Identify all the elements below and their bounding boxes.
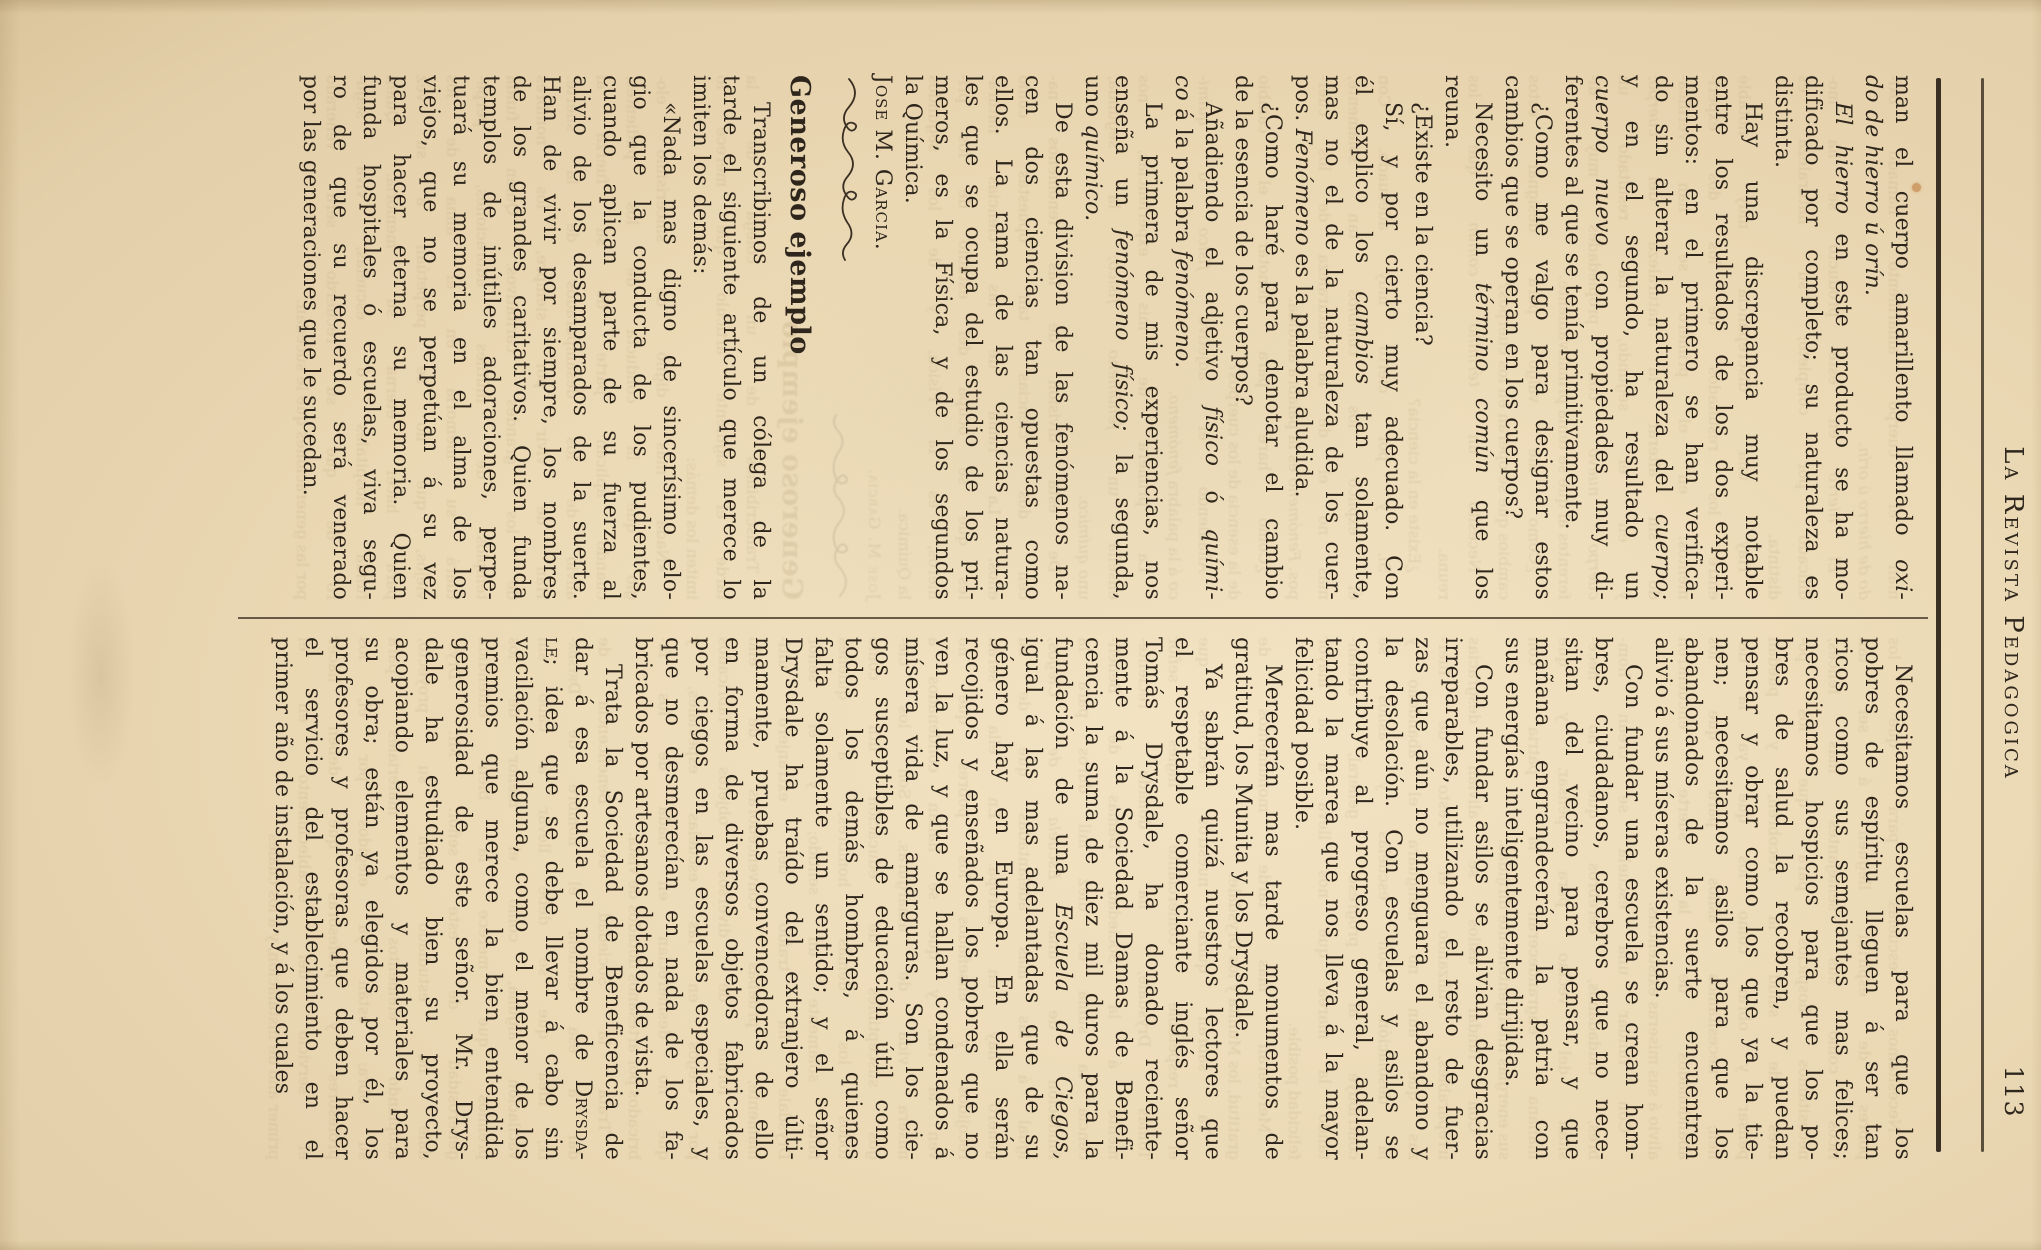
text-line: dificado por completo; su naturaleza es	[1797, 75, 1827, 600]
text-line: generosidad de este señor. Mr. Drys-	[447, 637, 477, 1160]
page-number: 113	[1993, 1066, 2033, 1118]
text-line: do sin alterar la naturaleza del cuerpo;	[1647, 75, 1677, 600]
text-line: mas no el de la naturaleza de los cuer-	[1317, 75, 1347, 600]
flourish-ornament	[831, 75, 867, 600]
text-line: Hay una discrepancia muy notable	[1737, 75, 1767, 600]
text-line: mísera vida de amarguras. Son los cie-	[897, 637, 927, 1160]
text-line: bricados por artesanos dotados de vista.	[627, 637, 657, 1160]
text-line: por ciegos en las escuelas especiales, y	[687, 637, 717, 1160]
text-line: Necesito un término común que los	[1467, 75, 1497, 600]
text-line: él explico los cambios tan solamente,	[1347, 75, 1377, 600]
text-line: entre los resultados de los dos experi-	[1707, 75, 1737, 600]
text-line: meros, es la Física, y de los segundos	[927, 75, 957, 600]
text-line: sus energías inteligentemente dirijidas.	[1497, 637, 1527, 1160]
text-line: ¿Existe en la ciencia?	[1407, 75, 1437, 600]
text-line: de los grandes caritativos. Quien funda	[505, 75, 535, 600]
text-line: falta solamente un sentido; y el señor	[807, 637, 837, 1160]
text-line: gos susceptibles de educación útil como	[867, 637, 897, 1160]
text-line: ¿Como me valgo para designar estos	[1527, 75, 1557, 600]
text-line: La primera de mis experiencias, nos	[1137, 75, 1167, 600]
text-line: la desolación. Con escuelas y asilos se	[1377, 637, 1407, 1160]
text-line: cambios que se operan en los cuerpos?	[1497, 75, 1527, 600]
text-line: pobres de espíritu lleguen á ser tan	[1857, 637, 1887, 1160]
text-line: premios que merece la bien entendida	[477, 637, 507, 1160]
text-line: bres, ciudadanos, cerebros que no nece-	[1587, 637, 1617, 1160]
text-line: Sí, y por cierto muy adecuado. Con	[1377, 75, 1407, 600]
text-line: irreparables, utilizando el resto de fue…	[1437, 637, 1467, 1160]
scanned-page-canvas: man el cuerpo amarillento llamado oxi-do…	[0, 0, 2041, 1250]
text-line: enseña un fenómeno físico; la segunda,	[1107, 75, 1137, 600]
text-line: cuando aplican parte de su fuerza al	[595, 75, 625, 600]
text-line: tando la marea que nos lleva á la mayor	[1317, 637, 1347, 1160]
text-line: El hierro en este producto se ha mo-	[1827, 75, 1857, 600]
text-line: Trata la Sociedad de Beneficencia de	[597, 637, 627, 1160]
text-line: co á la palabra fenómeno.	[1167, 75, 1197, 600]
text-line: zas que aún no menguara el abandono y	[1407, 637, 1437, 1160]
text-line: todos los demás hombres, á quienes	[837, 637, 867, 1160]
text-line: mañana engrandecerán la patria con	[1527, 637, 1557, 1160]
column-divider-rule	[238, 617, 1928, 619]
text-line: tuará su memoria en el alma de los	[445, 75, 475, 600]
header-rule-thick	[1936, 78, 1941, 1152]
text-line: uno químico.	[1077, 75, 1107, 600]
text-line: les que se ocupa del estudio de los pri-	[957, 75, 987, 600]
text-line: De esta division de las fenómenos na-	[1047, 75, 1077, 600]
text-line: viejos, que no se perpetúan á su vez	[415, 75, 445, 600]
text-line: por las generaciones que le sucedan.	[295, 75, 325, 600]
column-left: man el cuerpo amarillento llamado oxi-do…	[295, 75, 1917, 600]
text-line: para hacer eterna su memoria. Quien	[385, 75, 415, 600]
text-line: le; idea que se debe llevar á cabo sin	[537, 637, 567, 1160]
text-line: fundación de una Escuela de Ciegos,	[1047, 637, 1077, 1160]
text-line: imiten los demás:	[685, 75, 715, 600]
text-line: mentos: en el primero se han verifica-	[1677, 75, 1707, 600]
text-line: que no desmerecían en nada de los fa-	[657, 637, 687, 1160]
text-line: cen dos ciencias tan opuestas como	[1017, 75, 1047, 600]
text-line: Añadiendo el adjetivo físico ó quími-	[1197, 75, 1227, 600]
text-line: y en el segundo, ha resultado un	[1617, 75, 1647, 600]
header-rule-thin	[1981, 78, 1984, 1152]
text-line: man el cuerpo amarillento llamado oxi-	[1887, 75, 1917, 600]
page-header: La Revista Pedagogica 113	[1993, 75, 2033, 1152]
text-line: Necesitamos escuelas para que los	[1887, 637, 1917, 1160]
text-line: Merecerán mas tarde monumentos de	[1257, 637, 1287, 1160]
text-line: «Nada mas digno de sincerísimo elo-	[655, 75, 685, 600]
text-line: Ya sabrán quizá nuestros lectores que	[1197, 637, 1227, 1160]
text-line: cuerpo nuevo con propiedades muy di-	[1587, 75, 1617, 600]
text-line: felicidad posible.	[1287, 637, 1317, 1160]
text-line: Con fundar una escuela se crean hom-	[1617, 637, 1647, 1160]
flourish-icon	[838, 75, 860, 293]
text-line: necesitamos hospicios para que los po-	[1797, 637, 1827, 1160]
text-line: Tomás Drysdale, ha donado reciente-	[1137, 637, 1167, 1160]
text-line: vacilación alguna, como el menor de los	[507, 637, 537, 1160]
text-line: nen; necesitamos asilos para que los	[1707, 637, 1737, 1160]
text-line: gratitud, los Munita y los Drysdale.	[1227, 637, 1257, 1160]
text-line: dale ha estudiado bien su proyecto,	[417, 637, 447, 1160]
text-line: igual á las mas adelantadas que de su	[1017, 637, 1047, 1160]
journal-page: man el cuerpo amarillento llamado oxi-do…	[0, 0, 2041, 1250]
text-line: Con fundar asilos se alivian desgracias	[1467, 637, 1497, 1160]
text-line: funda hospitales ó escuelas, viva segu-	[355, 75, 385, 600]
text-line: de la esencia de los cuerpos?	[1227, 75, 1257, 600]
text-line: templos de inútiles adoraciones, perpe-	[475, 75, 505, 600]
text-line: primer año de instalación, y á los cuale…	[267, 637, 297, 1160]
text-line: sitan del vecino para pensar, y que	[1557, 637, 1587, 1160]
text-line: ven la luz, y que se hallan condenados á	[927, 637, 957, 1160]
text-line: recojidos y enseñados los pobres que no	[957, 637, 987, 1160]
text-line: profesores y profesoras que deben hacer	[327, 637, 357, 1160]
text-line: la Química.	[897, 75, 927, 600]
text-line: dar á esa escuela el nombre de Drysda-	[567, 637, 597, 1160]
text-line: cencia la suma de diez mil duros para la	[1077, 637, 1107, 1160]
text-line: abandonados de la suerte encuentren	[1677, 637, 1707, 1160]
column-right: Necesitamos escuelas para que lospobres …	[267, 637, 1917, 1160]
text-line: ferentes al que se tenía primitivamente.	[1557, 75, 1587, 600]
text-line: Drysdale ha traído del extranjero últi-	[777, 637, 807, 1160]
text-line: mamente, pruebas convencedoras de ello	[747, 637, 777, 1160]
text-line: do de hierro ú orín.	[1857, 75, 1887, 600]
paper-stain	[66, 560, 136, 790]
text-line: reuna.	[1437, 75, 1467, 600]
journal-title: La Revista Pedagogica	[1998, 446, 2028, 780]
text-line: el servicio del establecimiento en el	[297, 637, 327, 1160]
text-line: bres de salud la recobren, y puedan	[1767, 637, 1797, 1160]
text-line: mente á la Sociedad Damas de Benefi-	[1107, 637, 1137, 1160]
text-line: contribuye al progreso general, adelan-	[1347, 637, 1377, 1160]
text-line: en forma de diversos objetos fabricados	[717, 637, 747, 1160]
text-line: Transcribimos de un cólega de la	[745, 75, 775, 600]
text-line: su obra; están ya elegidos por él, los	[357, 637, 387, 1160]
text-line: ro de que su recuerdo será venerado	[325, 75, 355, 600]
text-line: gio que la conducta de los pudientes,	[625, 75, 655, 600]
signature: Jose M. Garcia.	[867, 75, 897, 600]
text-line: el respetable comerciante inglés señor	[1167, 637, 1197, 1160]
text-line: distinta.	[1767, 75, 1797, 600]
text-line: Han de vivir por siempre, los nombres	[535, 75, 565, 600]
text-line: ricos como sus semejantes mas felices;	[1827, 637, 1857, 1160]
text-line: tarde el siguiente artículo que merece l…	[715, 75, 745, 600]
text-line: género hay en Europa. En ella serán	[987, 637, 1017, 1160]
text-line: acopiando elementos y materiales para	[387, 637, 417, 1160]
text-line: alivio de los desamparados de la suerte.	[565, 75, 595, 600]
heading: Generoso ejemplo	[775, 75, 823, 600]
text-line: ellos. La rama de las ciencias natura-	[987, 75, 1017, 600]
text-line: ¿Como haré para denotar el cambio	[1257, 75, 1287, 600]
text-line: pensar y obrar como los que ya la tie-	[1737, 637, 1767, 1160]
text-line: pos. Fenómeno es la palabra aludida.	[1287, 75, 1317, 600]
text-line: alivio á sus míseras existencias.	[1647, 637, 1677, 1160]
